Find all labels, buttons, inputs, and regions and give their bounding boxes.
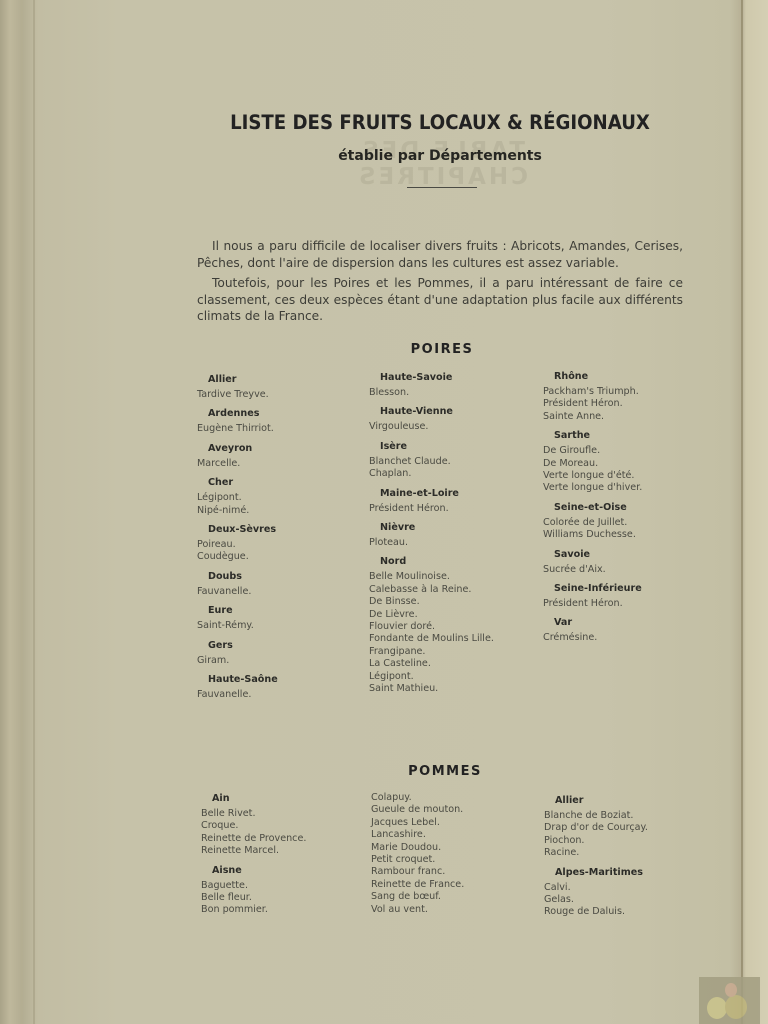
department-group: VarCrémésine. xyxy=(543,617,642,644)
fruit-variety: Jacques Lebel. xyxy=(371,817,464,829)
fruit-variety: De Lièvre. xyxy=(369,609,494,621)
department-group: Deux-SèvresPoireau.Coudègue. xyxy=(197,524,278,564)
department-name: Aveyron xyxy=(208,443,278,454)
show-through-text: TABLE DES CHAPITRES xyxy=(282,138,602,190)
fruit-variety: Saint-Rémy. xyxy=(197,620,278,632)
department-name: Allier xyxy=(208,374,278,385)
fruit-variety: Fauvanelle. xyxy=(197,689,278,701)
fruit-variety: Blanche de Boziat. xyxy=(544,810,648,822)
intro-paragraph: Il nous a paru difficile de localiser di… xyxy=(197,238,683,271)
department-name: Eure xyxy=(208,605,278,616)
fruit-variety: Nipé-nimé. xyxy=(197,505,278,517)
fruit-variety: Fondante de Moulins Lille. xyxy=(369,633,494,645)
fruit-variety: Drap d'or de Courçay. xyxy=(544,822,648,834)
fruit-variety: Bon pommier. xyxy=(201,904,306,916)
fruit-variety: Belle fleur. xyxy=(201,892,306,904)
department-name: Seine-Inférieure xyxy=(554,583,642,594)
department-group: EureSaint-Rémy. xyxy=(197,605,278,632)
fruit-variety: Coudègue. xyxy=(197,551,278,563)
department-group: Maine-et-LoirePrésident Héron. xyxy=(369,488,494,515)
fruit-variety: Gueule de mouton. xyxy=(371,804,464,816)
department-group: CherLégipont.Nipé-nimé. xyxy=(197,477,278,517)
fruit-variety: Rambour franc. xyxy=(371,866,464,878)
fruit-variety: Croque. xyxy=(201,820,306,832)
fruit-variety: Vol au vent. xyxy=(371,904,464,916)
department-name: Isère xyxy=(380,441,494,452)
fruit-variety: Giram. xyxy=(197,655,278,667)
fruit-variety: Légipont. xyxy=(197,492,278,504)
page-subtitle: établie par Départements xyxy=(240,148,640,164)
department-name: Ain xyxy=(212,793,306,804)
department-group: SartheDe Giroufle.De Moreau.Verte longue… xyxy=(543,430,642,495)
fruit-variety: Belle Rivet. xyxy=(201,808,306,820)
fruit-variety: Calebasse à la Reine. xyxy=(369,584,494,596)
department-name: Var xyxy=(554,617,642,628)
department-group: Haute-SavoieBlesson. xyxy=(369,372,494,399)
department-group: Seine-InférieurePrésident Héron. xyxy=(543,583,642,610)
fruit-variety: Frangipane. xyxy=(369,646,494,658)
department-name: Rhône xyxy=(554,371,642,382)
fruit-variety: De Moreau. xyxy=(543,458,642,470)
department-group: AllierTardive Treyve. xyxy=(197,374,278,401)
department-group: NordBelle Moulinoise.Calebasse à la Rein… xyxy=(369,556,494,695)
fruit-variety: Tardive Treyve. xyxy=(197,389,278,401)
intro-paragraph: Toutefois, pour les Poires et les Pommes… xyxy=(197,275,683,325)
department-group: GersGiram. xyxy=(197,640,278,667)
fruit-variety: Reinette de Provence. xyxy=(201,833,306,845)
fruit-variety: Crémésine. xyxy=(543,632,642,644)
department-group: Haute-VienneVirgouleuse. xyxy=(369,406,494,433)
corner-thumbnail-watermark xyxy=(699,977,760,1024)
department-name: Ardennes xyxy=(208,408,278,419)
department-group: Haute-SaôneFauvanelle. xyxy=(197,674,278,701)
department-name: Savoie xyxy=(554,549,642,560)
scanned-page: TABLE DES CHAPITRES LISTE DES FRUITS LOC… xyxy=(0,0,768,1024)
department-group: IsèreBlanchet Claude.Chaplan. xyxy=(369,441,494,481)
department-group: SavoieSucrée d'Aix. xyxy=(543,549,642,576)
department-name: Nord xyxy=(380,556,494,567)
department-group: RhônePackham's Triumph.Président Héron.S… xyxy=(543,371,642,423)
department-group: Seine-et-OiseColorée de Juillet.Williams… xyxy=(543,502,642,542)
pommes-column-3: AllierBlanche de Boziat.Drap d'or de Cou… xyxy=(544,795,648,926)
department-name: Seine-et-Oise xyxy=(554,502,642,513)
department-name: Gers xyxy=(208,640,278,651)
fruit-variety: Saint Mathieu. xyxy=(369,683,494,695)
fruit-variety: Virgouleuse. xyxy=(369,421,494,433)
department-name: Maine-et-Loire xyxy=(380,488,494,499)
fruit-variety: De Giroufle. xyxy=(543,445,642,457)
department-name: Nièvre xyxy=(380,522,494,533)
department-name: Haute-Saône xyxy=(208,674,278,685)
department-name: Sarthe xyxy=(554,430,642,441)
department-name: Aisne xyxy=(212,865,306,876)
intro-text: Il nous a paru difficile de localiser di… xyxy=(197,238,683,329)
fruit-variety: Sang de bœuf. xyxy=(371,891,464,903)
fruit-variety: De Binsse. xyxy=(369,596,494,608)
book-spine-shadow xyxy=(33,0,35,1024)
department-group: AisneBaguette.Belle fleur.Bon pommier. xyxy=(201,865,306,917)
fruit-variety: Sainte Anne. xyxy=(543,411,642,423)
fruit-variety: Flouvier doré. xyxy=(369,621,494,633)
fruit-variety: Président Héron. xyxy=(369,503,494,515)
fruit-icon xyxy=(725,995,747,1019)
fruit-variety: Légipont. xyxy=(369,671,494,683)
poires-column-3: RhônePackham's Triumph.Président Héron.S… xyxy=(543,371,642,652)
fruit-variety: Verte longue d'été. xyxy=(543,470,642,482)
poires-column-1: AllierTardive Treyve.ArdennesEugène Thir… xyxy=(197,374,278,708)
department-name: Haute-Savoie xyxy=(380,372,494,383)
fruit-variety: Sucrée d'Aix. xyxy=(543,564,642,576)
fruit-variety: Fauvanelle. xyxy=(197,586,278,598)
fruit-variety: Rouge de Daluis. xyxy=(544,906,648,918)
department-group: Alpes-MaritimesCalvi.Gelas.Rouge de Dalu… xyxy=(544,867,648,919)
pommes-column-2: Colapuy.Gueule de mouton.Jacques Lebel.L… xyxy=(371,792,464,923)
fruit-variety: Président Héron. xyxy=(543,398,642,410)
department-name: Haute-Vienne xyxy=(380,406,494,417)
department-group: NièvrePloteau. xyxy=(369,522,494,549)
fruit-variety: Gelas. xyxy=(544,894,648,906)
department-name: Allier xyxy=(555,795,648,806)
fruit-variety: La Casteline. xyxy=(369,658,494,670)
fruit-variety: Packham's Triumph. xyxy=(543,386,642,398)
section-heading-pommes: POMMES xyxy=(345,764,545,779)
fruit-variety: Reinette Marcel. xyxy=(201,845,306,857)
department-group: ArdennesEugène Thirriot. xyxy=(197,408,278,435)
fruit-variety: Colapuy. xyxy=(371,792,464,804)
department-name: Alpes-Maritimes xyxy=(555,867,648,878)
fruit-variety: Racine. xyxy=(544,847,648,859)
fruit-variety: Piochon. xyxy=(544,835,648,847)
fruit-icon xyxy=(707,997,727,1019)
fruit-variety: Président Héron. xyxy=(543,598,642,610)
department-name: Doubs xyxy=(208,571,278,582)
title-divider xyxy=(407,187,477,188)
fruit-variety: Reinette de France. xyxy=(371,879,464,891)
pommes-column-1: AinBelle Rivet.Croque.Reinette de Proven… xyxy=(201,793,306,924)
fruit-variety: Belle Moulinoise. xyxy=(369,571,494,583)
fruit-variety: Lancashire. xyxy=(371,829,464,841)
fruit-variety: Blanchet Claude. xyxy=(369,456,494,468)
section-heading-poires: POIRES xyxy=(342,342,542,357)
page-edge xyxy=(741,0,743,1024)
poires-column-2: Haute-SavoieBlesson.Haute-VienneVirgoule… xyxy=(369,372,494,703)
department-group: Colapuy.Gueule de mouton.Jacques Lebel.L… xyxy=(371,792,464,916)
face-icon xyxy=(725,983,737,997)
fruit-variety: Calvi. xyxy=(544,882,648,894)
fruit-variety: Colorée de Juillet. xyxy=(543,517,642,529)
fruit-variety: Ploteau. xyxy=(369,537,494,549)
fruit-variety: Marie Doudou. xyxy=(371,842,464,854)
fruit-variety: Blesson. xyxy=(369,387,494,399)
fruit-variety: Williams Duchesse. xyxy=(543,529,642,541)
department-group: AinBelle Rivet.Croque.Reinette de Proven… xyxy=(201,793,306,858)
fruit-variety: Eugène Thirriot. xyxy=(197,423,278,435)
fruit-variety: Chaplan. xyxy=(369,468,494,480)
page-title: LISTE DES FRUITS LOCAUX & RÉGIONAUX xyxy=(170,111,709,134)
department-group: DoubsFauvanelle. xyxy=(197,571,278,598)
department-name: Cher xyxy=(208,477,278,488)
department-group: AveyronMarcelle. xyxy=(197,443,278,470)
fruit-variety: Poireau. xyxy=(197,539,278,551)
department-name: Deux-Sèvres xyxy=(208,524,278,535)
fruit-variety: Baguette. xyxy=(201,880,306,892)
fruit-variety: Marcelle. xyxy=(197,458,278,470)
fruit-variety: Petit croquet. xyxy=(371,854,464,866)
department-group: AllierBlanche de Boziat.Drap d'or de Cou… xyxy=(544,795,648,860)
fruit-variety: Verte longue d'hiver. xyxy=(543,482,642,494)
